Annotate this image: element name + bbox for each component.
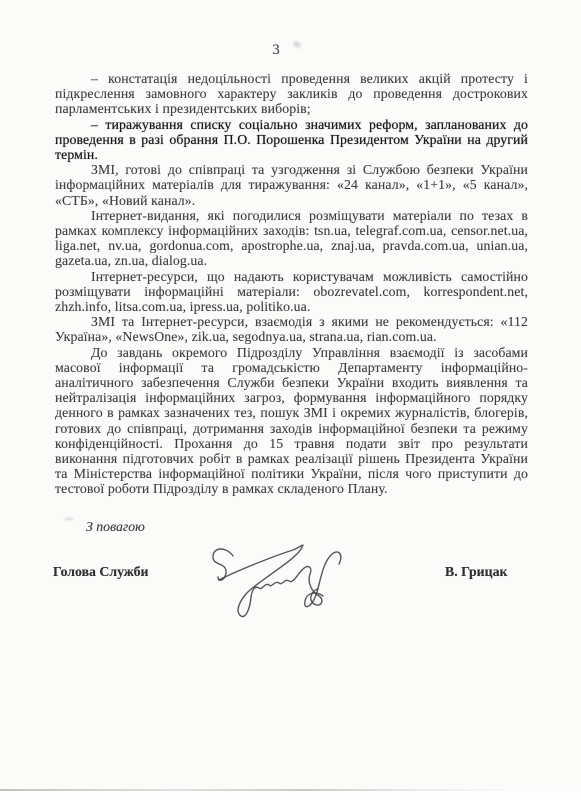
signature-icon: [193, 540, 363, 620]
document-paragraph: – констатація недоцільності проведення в…: [55, 71, 528, 117]
document-body: – констатація недоцільності проведення в…: [55, 71, 528, 497]
document-paragraph: Інтернет-видання, які погодилися розміщу…: [55, 208, 528, 269]
signer-name: В. Грицак: [445, 564, 507, 580]
scanned-document-page: 3 – констатація недоцільності проведення…: [0, 0, 581, 800]
document-paragraph: ЗМІ, готові до співпраці та узгодження з…: [55, 162, 528, 208]
document-paragraph: ЗМІ та Інтернет-ресурси, взаємодія з яки…: [55, 314, 528, 344]
scan-background-strip: [0, 791, 581, 800]
signer-title: Голова Служби: [53, 564, 148, 580]
scan-artifact: [62, 516, 76, 522]
document-paragraph: Інтернет-ресурси, що надають користувача…: [55, 269, 528, 315]
page-number: 3: [0, 42, 552, 59]
document-paragraph: – тиражування списку соціально значимих …: [55, 117, 528, 163]
closing-salutation: З повагою: [86, 519, 145, 535]
document-paragraph: До завдань окремого Підрозділу Управлінн…: [55, 345, 528, 497]
